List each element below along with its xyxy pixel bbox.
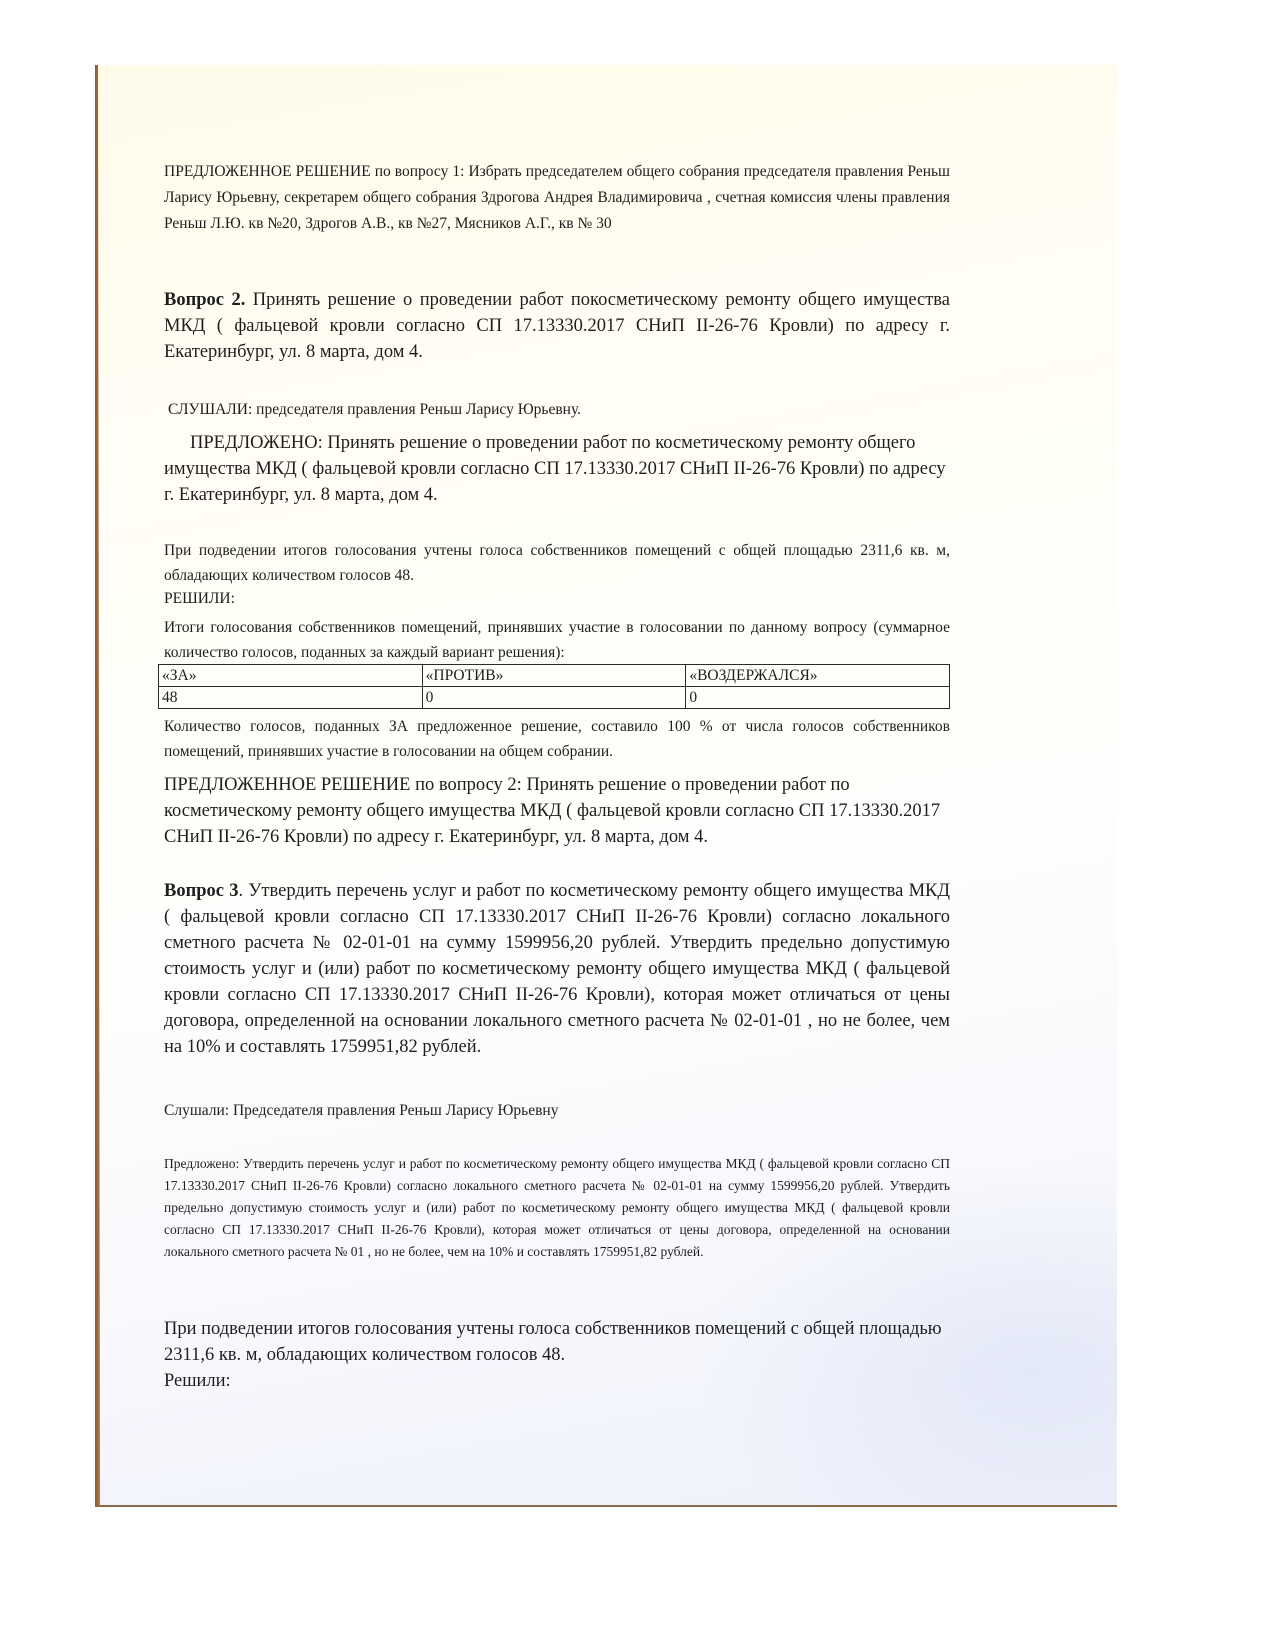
votes-header-for: «ЗА» bbox=[159, 665, 423, 687]
q1-decision: ПРЕДЛОЖЕННОЕ РЕШЕНИЕ по вопросу 1: Избра… bbox=[164, 159, 950, 237]
votes-value-against: 0 bbox=[422, 687, 686, 709]
question-2: Вопрос 2. Принять решение о проведении р… bbox=[164, 287, 950, 365]
q2-result-summary: Количество голосов, поданных ЗА предложе… bbox=[164, 714, 950, 764]
q2-proposed-label: ПРЕДЛОЖЕНО: bbox=[190, 433, 323, 453]
q2-heard: СЛУШАЛИ: председателя правления Реньш Ла… bbox=[168, 397, 954, 422]
q3-tally-intro: При подведении итогов голосования учтены… bbox=[164, 1316, 950, 1368]
question-3-text: . Утвердить перечень услуг и работ по ко… bbox=[164, 881, 950, 1057]
q3-heard: Слушали: Председателя правления Реньш Ла… bbox=[164, 1098, 950, 1123]
question-3-label: Вопрос 3 bbox=[164, 881, 238, 901]
votes-header-against: «ПРОТИВ» bbox=[422, 665, 686, 687]
votes-value-abstain: 0 bbox=[686, 687, 950, 709]
q2-votes-table: «ЗА» «ПРОТИВ» «ВОЗДЕРЖАЛСЯ» 48 0 0 bbox=[158, 664, 950, 709]
q2-heard-text: председателя правления Реньш Ларису Юрье… bbox=[252, 401, 581, 418]
question-2-label: Вопрос 2. bbox=[164, 290, 245, 310]
votes-header-row: «ЗА» «ПРОТИВ» «ВОЗДЕРЖАЛСЯ» bbox=[159, 665, 950, 687]
q2-results-intro: Итоги голосования собственников помещени… bbox=[164, 615, 950, 665]
votes-value-row: 48 0 0 bbox=[159, 687, 950, 709]
q2-tally-intro: При подведении итогов голосования учтены… bbox=[164, 538, 950, 588]
q3-proposed: Предложено: Утвердить перечень услуг и р… bbox=[164, 1153, 950, 1263]
question-2-text: Принять решение о проведении работ покос… bbox=[164, 290, 950, 362]
q2-decided-label: РЕШИЛИ: bbox=[164, 586, 950, 611]
q2-decision: ПРЕДЛОЖЕННОЕ РЕШЕНИЕ по вопросу 2: Приня… bbox=[164, 772, 950, 850]
q3-decided-label: Решили: bbox=[164, 1368, 950, 1394]
q2-proposed: ПРЕДЛОЖЕНО: Принять решение о проведении… bbox=[164, 430, 950, 508]
question-3: Вопрос 3. Утвердить перечень услуг и раб… bbox=[164, 878, 950, 1060]
votes-header-abstain: «ВОЗДЕРЖАЛСЯ» bbox=[686, 665, 950, 687]
votes-value-for: 48 bbox=[159, 687, 423, 709]
q2-heard-label: СЛУШАЛИ: bbox=[168, 401, 252, 418]
